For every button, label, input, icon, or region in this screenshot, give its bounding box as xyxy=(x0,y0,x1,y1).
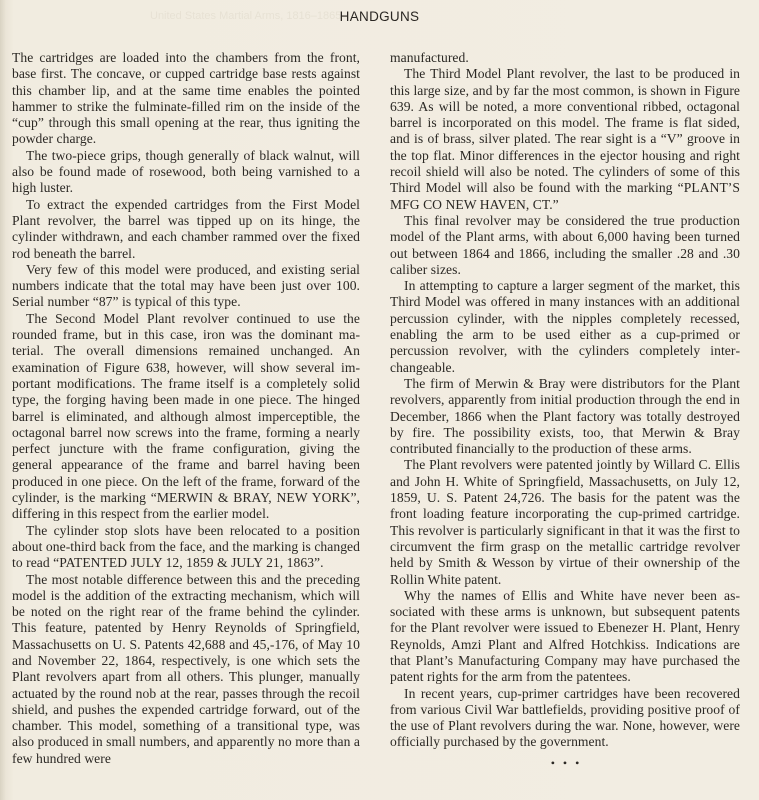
running-head: HANDGUNS xyxy=(0,9,759,24)
paragraph: This final revolver may be considered th… xyxy=(390,213,740,278)
paragraph: The cylinder stop slots have been reloca… xyxy=(12,523,360,572)
paragraph: The cartridges are loaded into the chamb… xyxy=(12,50,360,148)
section-end-ornament: ••• xyxy=(390,755,740,771)
paragraph: manufactured. xyxy=(390,50,740,66)
paragraph: The firm of Merwin & Bray were distribut… xyxy=(390,376,740,457)
left-column: The cartridges are loaded into the chamb… xyxy=(12,50,360,767)
paragraph: The Third Model Plant revolver, the last… xyxy=(390,66,740,213)
paragraph: The Second Model Plant revolver continue… xyxy=(12,311,360,523)
right-column: manufactured. The Third Model Plant revo… xyxy=(390,50,740,771)
paragraph: In recent years, cup-primer cartridges h… xyxy=(390,686,740,751)
paragraph: Very few of this model were produced, an… xyxy=(12,262,360,311)
book-page: United States Martial Arms, 1816–1865 HA… xyxy=(0,0,759,800)
paragraph: Why the names of Ellis and White have ne… xyxy=(390,588,740,686)
paragraph: In attempting to capture a larger segmen… xyxy=(390,278,740,376)
paragraph: The Plant revolvers were patented jointl… xyxy=(390,457,740,587)
paragraph: The most notable difference between this… xyxy=(12,572,360,768)
paragraph: The two-piece grips, though generally of… xyxy=(12,148,360,197)
paragraph: To extract the expended cartridges from … xyxy=(12,197,360,262)
